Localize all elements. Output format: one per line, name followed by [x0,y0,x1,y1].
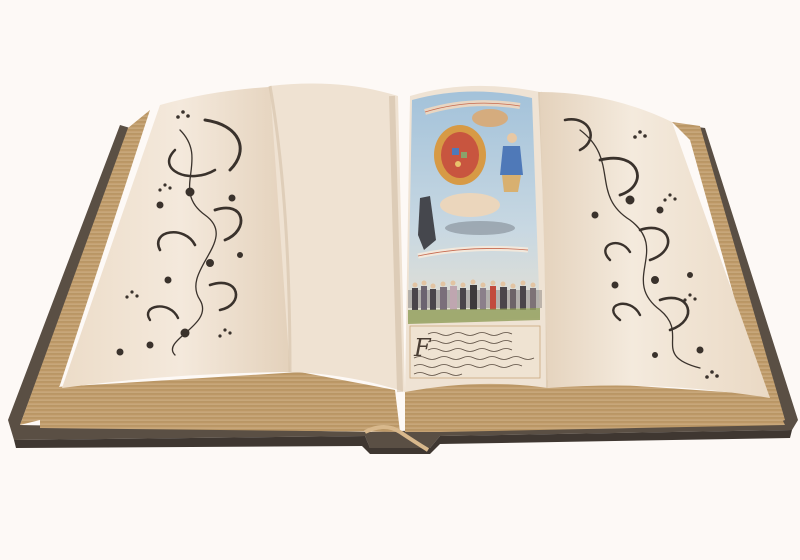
svg-text:F: F [413,334,432,362]
left-page [62,84,405,392]
manuscript-photo: F [0,0,800,560]
coat-of-arms [434,125,486,185]
illuminated-page: F [405,86,548,392]
handwritten-inscription: F [410,326,540,378]
